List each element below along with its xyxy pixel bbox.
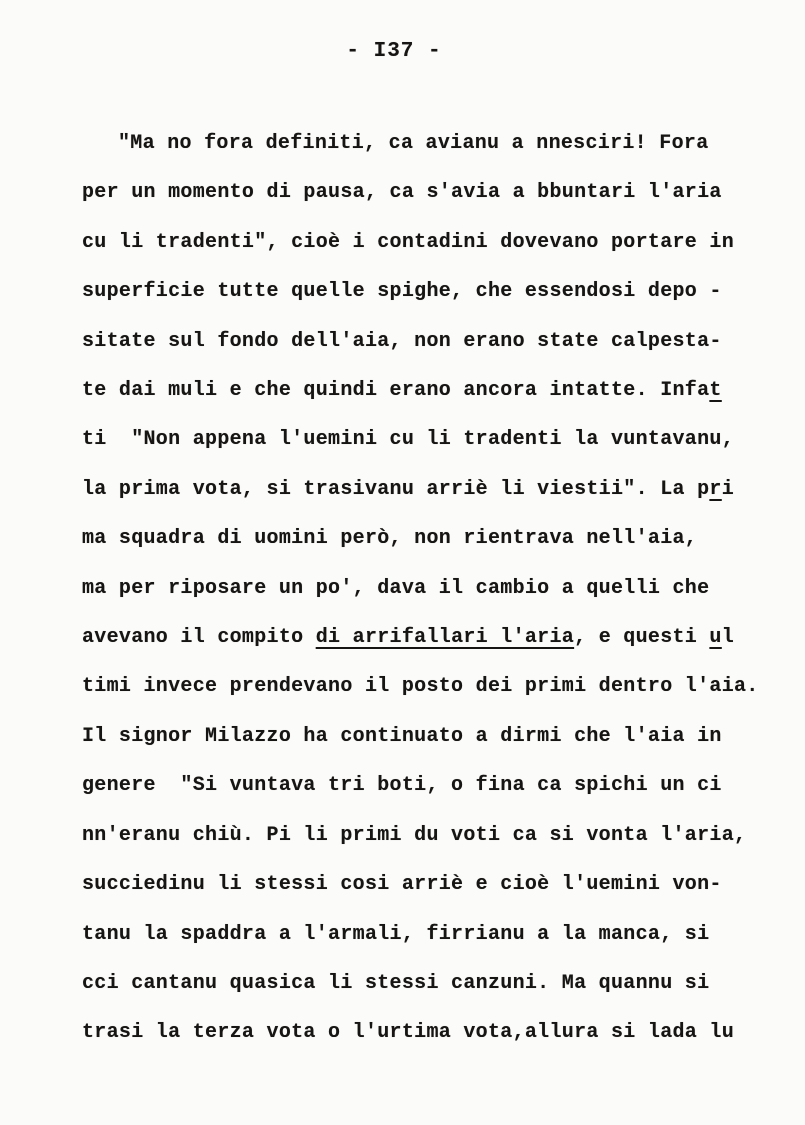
text-line: "Ma no fora definiti, ca avianu a nnesci…: [82, 119, 762, 168]
text-line: succiedinu li stessi cosi arriè e cioè l…: [82, 860, 762, 909]
underlined-text-segment: u: [709, 626, 721, 649]
text-segment: avevano il compito: [82, 626, 316, 649]
text-line: nn'eranu chiù. Pi li primi du voti ca si…: [82, 811, 762, 860]
text-segment: per un momento di pausa, ca s'avia a bbu…: [82, 181, 722, 204]
text-segment: tanu la spaddra a l'armali, firrianu a l…: [82, 923, 709, 946]
text-line: genere "Si vuntava tri boti, o fina ca s…: [82, 761, 762, 810]
text-line: timi invece prendevano il posto dei prim…: [82, 662, 762, 711]
text-line: ma squadra di uomini però, non rientrava…: [82, 514, 762, 563]
text-line: te dai muli e che quindi erano ancora in…: [82, 366, 762, 415]
text-segment: superficie tutte quelle spighe, che esse…: [82, 280, 722, 303]
underlined-text-segment: r: [709, 478, 721, 501]
text-segment: "Ma no fora definiti, ca avianu a nnesci…: [118, 132, 709, 155]
text-line: la prima vota, si trasivanu arriè li vie…: [82, 465, 762, 514]
text-line: superficie tutte quelle spighe, che esse…: [82, 267, 762, 316]
text-segment: ma squadra di uomini però, non rientrava…: [82, 527, 697, 550]
text-line: trasi la terza vota o l'urtima vota,allu…: [82, 1008, 762, 1057]
page-number: - I37 -: [0, 40, 788, 63]
text-line: ti "Non appena l'uemini cu li tradenti l…: [82, 415, 762, 464]
text-segment: Il signor Milazzo ha continuato a dirmi …: [82, 725, 722, 748]
text-line: per un momento di pausa, ca s'avia a bbu…: [82, 168, 762, 217]
underlined-text-segment: di arrifallari l'aria: [316, 626, 574, 649]
text-segment: , e questi: [574, 626, 709, 649]
typewritten-text: "Ma no fora definiti, ca avianu a nnesci…: [82, 119, 762, 1058]
text-segment: cu li tradenti", cioè i contadini doveva…: [82, 231, 734, 254]
text-line: cci cantanu quasica li stessi canzuni. M…: [82, 959, 762, 1008]
text-line: cu li tradenti", cioè i contadini doveva…: [82, 218, 762, 267]
text-line: tanu la spaddra a l'armali, firrianu a l…: [82, 910, 762, 959]
underlined-text-segment: t: [709, 379, 721, 402]
text-segment: ma per riposare un po', dava il cambio a…: [82, 577, 709, 600]
text-line: avevano il compito di arrifallari l'aria…: [82, 613, 762, 662]
text-segment: l: [722, 626, 734, 649]
text-segment: ti "Non appena l'uemini cu li tradenti l…: [82, 428, 734, 451]
text-segment: succiedinu li stessi cosi arriè e cioè l…: [82, 873, 722, 896]
document-page: - I37 - "Ma no fora definiti, ca avianu …: [0, 0, 805, 1125]
text-segment: nn'eranu chiù. Pi li primi du voti ca si…: [82, 824, 746, 847]
text-line: ma per riposare un po', dava il cambio a…: [82, 564, 762, 613]
text-line: sitate sul fondo dell'aia, non erano sta…: [82, 317, 762, 366]
text-segment: te dai muli e che quindi erano ancora in…: [82, 379, 709, 402]
text-segment: cci cantanu quasica li stessi canzuni. M…: [82, 972, 709, 995]
text-segment: i: [722, 478, 734, 501]
text-segment: la prima vota, si trasivanu arriè li vie…: [82, 478, 709, 501]
text-segment: timi invece prendevano il posto dei prim…: [82, 675, 759, 698]
text-segment: sitate sul fondo dell'aia, non erano sta…: [82, 330, 722, 353]
text-segment: trasi la terza vota o l'urtima vota,allu…: [82, 1021, 734, 1044]
text-line: Il signor Milazzo ha continuato a dirmi …: [82, 712, 762, 761]
text-segment: genere "Si vuntava tri boti, o fina ca s…: [82, 774, 722, 797]
